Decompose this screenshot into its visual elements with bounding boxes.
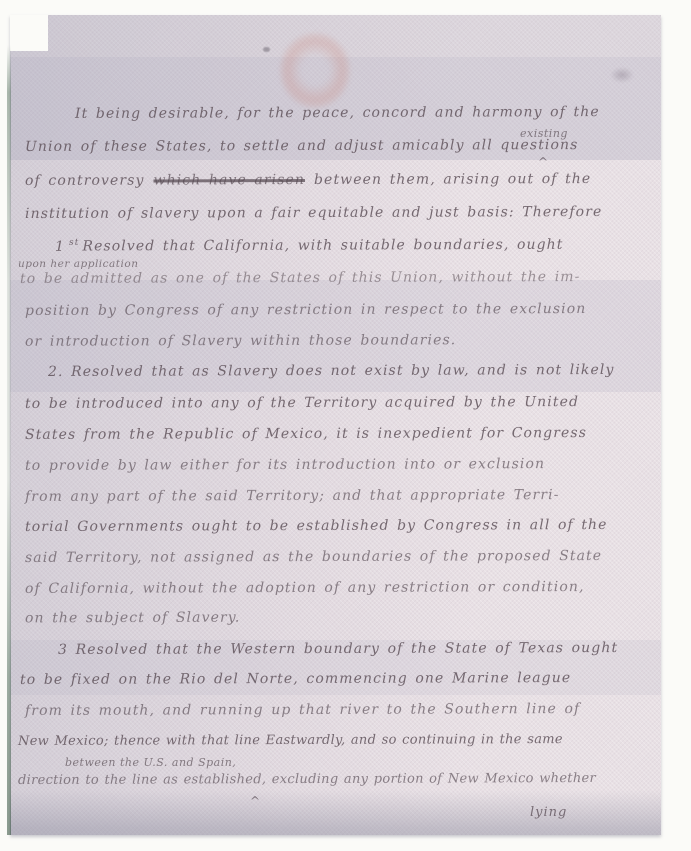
ink-smudge: [610, 67, 634, 83]
manuscript-line: torial Governments ought to be establish…: [25, 517, 608, 535]
manuscript-line: States from the Republic of Mexico, it i…: [25, 425, 587, 443]
ink-speck: [263, 47, 270, 52]
manuscript-line: Union of these States, to settle and adj…: [25, 137, 578, 155]
line-text-before-strike: of controversy: [25, 173, 145, 189]
manuscript-line: said Territory, not assigned as the boun…: [25, 548, 602, 566]
struck-out-text: which have arisen: [153, 172, 305, 189]
manuscript-line: on the subject of Slavery.: [25, 610, 241, 627]
manuscript-line: from its mouth, and running up that rive…: [25, 701, 580, 719]
manuscript-line: institution of slavery upon a fair equit…: [25, 204, 602, 222]
manuscript-line-resolution-1: 1stResolved that California, with suitab…: [55, 236, 564, 254]
manuscript-line: It being desirable, for the peace, conco…: [75, 104, 600, 122]
red-ink-stain: [280, 33, 350, 108]
interlinear-insertion-spain: between the U.S. and Spain,: [65, 756, 236, 769]
ordinal-suffix: st: [69, 238, 79, 248]
interlinear-insertion-application: upon her application: [18, 258, 138, 270]
manuscript-line: 3 Resolved that the Western boundary of …: [58, 640, 618, 658]
scanner-edge-strip: [7, 45, 11, 835]
line-text-after-strike: between them, arising out of the: [314, 171, 591, 188]
manuscript-line: or introduction of Slavery within those …: [25, 332, 456, 350]
interlinear-insertion-existing: existing: [520, 127, 568, 140]
manuscript-line: to provide by law either for its introdu…: [25, 456, 545, 474]
manuscript-page: It being desirable, for the peace, conco…: [10, 15, 661, 835]
catchword: lying: [530, 805, 567, 820]
manuscript-line: New Mexico; thence with that line Eastwa…: [18, 732, 563, 749]
manuscript-line: of California, without the adoption of a…: [25, 579, 585, 597]
manuscript-line: from any part of the said Territory; and…: [25, 487, 560, 505]
insertion-caret: ^: [250, 794, 260, 808]
resolution-number: 1: [55, 239, 65, 255]
resolution-text: Resolved that California, with suitable …: [82, 237, 563, 255]
manuscript-line: 2. Resolved that as Slavery does not exi…: [48, 362, 615, 380]
manuscript-line: to be admitted as one of the States of t…: [20, 269, 581, 287]
manuscript-line: position by Congress of any restriction …: [25, 301, 586, 319]
manuscript-line: to be fixed on the Rio del Norte, commen…: [20, 670, 571, 688]
scan-corner-notch: [10, 15, 48, 51]
manuscript-line: to be introduced into any of the Territo…: [25, 394, 579, 412]
manuscript-line-with-strikethrough: of controversywhich have arisenbetween t…: [25, 171, 591, 189]
insertion-caret: ^: [538, 155, 548, 169]
manuscript-line: direction to the line as established, ex…: [18, 771, 596, 788]
